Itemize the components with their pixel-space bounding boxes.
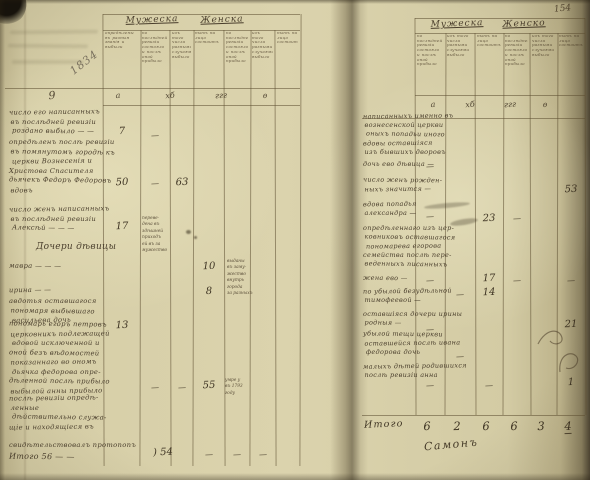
scan-edge — [0, 473, 590, 480]
handwriting-entry: мавра — — — — [9, 262, 61, 272]
handwriting-line: показаннаго во ономъ — [10, 357, 111, 368]
ink-speck — [186, 230, 191, 234]
cell-value: — — [426, 212, 434, 221]
handwriting-line: свидѣтельствовалъ протопопъ — [9, 441, 136, 451]
cell-value: — — [426, 162, 434, 171]
total-value: 6 — [423, 419, 431, 433]
handwriting-line: число женъ написанныхъ — [9, 204, 110, 215]
handwriting-line: тимофеевой — — [365, 296, 454, 305]
handwriting-line: церковникъ подлежащей — [10, 329, 111, 340]
cell-value: — — [512, 276, 520, 285]
handwriting-entry: дочь ево дѣвица — — [363, 160, 434, 169]
handwriting-entry: дьячекъ Федоръ Федоровъвдовъ — [9, 176, 112, 195]
handwriting-entry: опредѣленнаго изъ цер-ковниковъ оставшаг… — [363, 224, 454, 269]
cell-value: — — [204, 450, 212, 459]
column-subheader: по послѣдней ревизіи состояло и послѣ он… — [417, 34, 443, 92]
margin-note-line: году — [225, 391, 243, 397]
grid-hline — [103, 105, 300, 106]
handwriting-entry: послѣ ревизіи опредѣ-ленныедѣйствительно… — [9, 394, 104, 432]
handwriting-line: послѣ ревизіи анна — [365, 371, 469, 380]
column-subheader: по послѣдней ревизіи состояло и послѣ он… — [505, 34, 528, 92]
total-value: 6 — [510, 419, 518, 433]
column-subheader: по послѣдней ревизіи состояло и послѣ он… — [226, 31, 248, 86]
handwriting-line: изъ бывшихъ дворовъ — [365, 148, 455, 157]
grid-vline — [299, 14, 301, 466]
cell-value: — — [567, 276, 575, 285]
handwriting-line: щіе и находящіеся въ — [9, 422, 104, 433]
margin-note: умре увъ 1793году — [225, 378, 243, 397]
cell-value: — — [485, 381, 493, 390]
column-subheader: по послѣдней ревизіи состояло и послѣ он… — [142, 31, 168, 86]
cell-value: — — [512, 214, 520, 223]
handwriting-entry: свидѣтельствовалъ протопопъ — [9, 441, 136, 451]
left-female-column-group-label: Женска — [200, 14, 243, 26]
handwriting-entry: убылой тещи церквиоставшейся послѣ ивана… — [363, 330, 459, 357]
column-subheader: опредѣлены въ разныя званія и выбыли — [105, 31, 138, 86]
cell-value: 50 — [115, 177, 128, 188]
column-letter-mark: ѳ — [262, 91, 267, 100]
cell-value: — — [456, 352, 464, 361]
handwriting-line: дѣленной послѣ прибыло — [9, 376, 110, 387]
column-letter-mark: а — [430, 100, 435, 109]
margin-note: выданывъ заму-жествовнутрьгородаза разны… — [227, 259, 253, 297]
handwriting-entry: жена ево — — [363, 274, 408, 283]
column-subheader: нынѣ на лицо состоитъ — [477, 34, 501, 92]
handwriting-line: жена ево — — [363, 274, 408, 284]
totals-label: Итого — [364, 418, 404, 430]
grid-hline — [415, 95, 585, 96]
ink-smear — [450, 217, 479, 227]
pen-flourish — [556, 348, 582, 376]
handwriting-line: въ послѣдней ревизіи — [11, 118, 102, 128]
handwriting-line: послѣ ревизіи опредѣ- — [9, 393, 104, 404]
cell-value: 53 — [564, 184, 577, 195]
handwriting-entry: число его написанныхъвъ послѣдней ревизі… — [9, 108, 100, 137]
handwriting-entry: пономарь егоръ петровъцерковникъ подлежа… — [9, 320, 110, 396]
right-female-column-group-label: Женско — [502, 18, 546, 30]
handwriting-line: александра — — [365, 209, 419, 218]
margin-note-line: за разныхъ — [227, 291, 253, 297]
handwriting-line: церкви Вознесенія и — [12, 156, 118, 167]
handwriting-line: въ послѣдней ревизіи — [11, 215, 112, 225]
handwriting-line: ирина — — — [9, 286, 51, 296]
handwriting-line: ныхъ значится — — [364, 184, 443, 194]
column-subheader: изъ того числа разными случаями выбыло — [172, 31, 191, 86]
cell-value: — — [233, 450, 241, 459]
cell-value: 14 — [482, 287, 495, 298]
column-subheader: нынѣ на лицо состоитъ — [277, 31, 298, 86]
handwriting-line: дьячка федорова опре- — [12, 368, 113, 378]
total-value: 3 — [537, 419, 545, 433]
cell-value: 10 — [202, 261, 215, 272]
handwriting-line: опредѣленъ послѣ ревизіи — [9, 138, 115, 148]
margin-note-line: въ 1793 — [225, 384, 243, 390]
cell-value: — — [426, 276, 434, 285]
pen-flourish — [536, 326, 566, 348]
handwriting-line: число его написанныхъ — [9, 107, 100, 118]
ink-smear — [424, 201, 470, 210]
cell-value: — — [177, 383, 185, 392]
grid-vline — [274, 30, 276, 466]
grid-vline — [584, 18, 586, 415]
handwriting-line: федорова дочь — [366, 348, 462, 357]
bleed-through-stroke — [8, 44, 88, 49]
total-value: 4 — [564, 419, 572, 434]
bleed-through-stroke — [10, 30, 98, 35]
handwriting-line: дьячекъ Федоръ Федоровъ — [9, 175, 112, 186]
handwriting-line: Алексѣй — — — — [12, 223, 113, 234]
handwriting-line: вдовъ — [10, 185, 113, 196]
handwriting-line: Христова Спасителя — [9, 167, 115, 177]
column-letter-mark: ггг — [215, 91, 228, 101]
handwriting-line: Дочери дѣвицы — [36, 243, 116, 253]
scan-edge — [0, 0, 5, 480]
handwriting-entry: малыхъ дѣтей родившихсяпослѣ ревизіи анн… — [363, 362, 467, 380]
cell-value: 7 — [118, 126, 125, 137]
column-subheader: нынѣ на лицо состоитъ — [559, 34, 583, 92]
column-letter-mark: хб — [165, 91, 175, 101]
cell-value: — — [151, 179, 159, 188]
handwriting-line: вдова попадья — [363, 200, 417, 210]
total-value: 6 — [482, 419, 490, 433]
cell-value: 63 — [175, 177, 188, 188]
handwriting-line: дочь ево дѣвица — — [363, 160, 434, 169]
column-letter-mark: а — [115, 91, 120, 100]
ink-speck — [194, 236, 197, 239]
cell-value: 55 — [202, 380, 215, 391]
column-subheader: изъ того числа разными случаями выбыло — [252, 31, 273, 86]
grid-hline — [362, 415, 585, 416]
handwriting-entry: вдова попадьяалександра — — [363, 200, 417, 218]
handwriting-line: авдотья оставшагося — [9, 297, 97, 307]
cell-value: 21 — [564, 319, 577, 330]
handwriting-line: родныя — — [364, 318, 463, 328]
cell-value: 1 — [568, 377, 575, 388]
handwriting-entry: число женъ написанныхъвъ послѣдней ревиз… — [9, 205, 110, 234]
cell-value: — — [426, 381, 434, 390]
column-subheader: изъ того числа разными случаями выбыло — [447, 34, 473, 92]
page-number: 154 — [554, 3, 572, 15]
cell-value: 8 — [205, 286, 212, 297]
handwriting-entry: оставшіяся дочери ириныродныя — — [363, 310, 462, 328]
column-letter-mark: ѳ — [542, 100, 547, 109]
column-subheader: изъ того числа разными случаями выбыло — [532, 34, 555, 92]
cell-value: 17 — [482, 273, 495, 284]
cell-value: — — [151, 131, 159, 140]
column-letter-mark: ггг — [504, 100, 517, 110]
grid-vline — [249, 30, 251, 466]
cell-value: 23 — [482, 213, 495, 224]
handwriting-entry: ирина — — — [9, 286, 51, 296]
cell-value: 13 — [115, 320, 128, 331]
total-value: 2 — [453, 419, 461, 433]
handwriting-entry: число женъ рожден-ныхъ значится — — [363, 176, 442, 194]
book-gutter-shadow — [330, 0, 368, 480]
left-male-column-group-label: Мужеска — [125, 14, 178, 26]
handwriting-entry: опредѣленъ послѣ ревизіивъ помянутомъ го… — [9, 138, 115, 176]
scanned-ledger-spread: 1834 154 опредѣлены въ разныя званія и в… — [0, 0, 590, 480]
handwriting-line: веденныхъ писанныхъ — [364, 259, 455, 269]
handwriting-line: ленные — [11, 404, 106, 414]
column-subheader: нынѣ на лицо состоитъ — [195, 31, 222, 86]
margin-note-line: мужество — [142, 248, 167, 254]
handwriting-line: мавра — — — — [9, 262, 61, 272]
year-mark-pencil: 1834 — [67, 48, 100, 78]
cell-value: — — [258, 450, 266, 459]
handwriting-entry: Дочери дѣвицы — [36, 243, 116, 253]
scan-edge — [0, 0, 590, 4]
right-male-column-group-label: Мужеска — [430, 18, 483, 30]
clerk-signature: Самонъ — [424, 436, 479, 454]
cell-value: ) 54 — [153, 447, 173, 459]
text-column-mark: 9 — [48, 89, 56, 102]
handwriting-entry: по убылой безудѣльнойтимофеевой — — [363, 287, 452, 305]
cell-value: 17 — [115, 221, 128, 232]
handwriting-line: дѣйствительно служа- — [12, 412, 107, 423]
handwriting-line: Итого 56 — — — [9, 452, 75, 462]
cell-value: — — [426, 325, 434, 334]
handwriting-line: пономарева егорова — [366, 241, 457, 251]
column-letter-mark: хб — [465, 100, 475, 110]
handwriting-line: пономарь егоръ петровъ — [9, 319, 110, 330]
margin-note: переве-дена въздѣшнейприходъей въ замуже… — [142, 216, 167, 254]
handwriting-line: роздано выбыло — — — [12, 126, 103, 137]
cell-value: — — [151, 383, 159, 392]
handwriting-line: вдовой исключенной и — [12, 339, 113, 349]
handwriting-entry: написанныхъ именно въвознесенской церкви… — [363, 112, 453, 157]
cell-value: — — [456, 290, 464, 299]
grid-vline — [192, 30, 194, 466]
handwriting-entry: Итого 56 — — — [9, 452, 75, 462]
